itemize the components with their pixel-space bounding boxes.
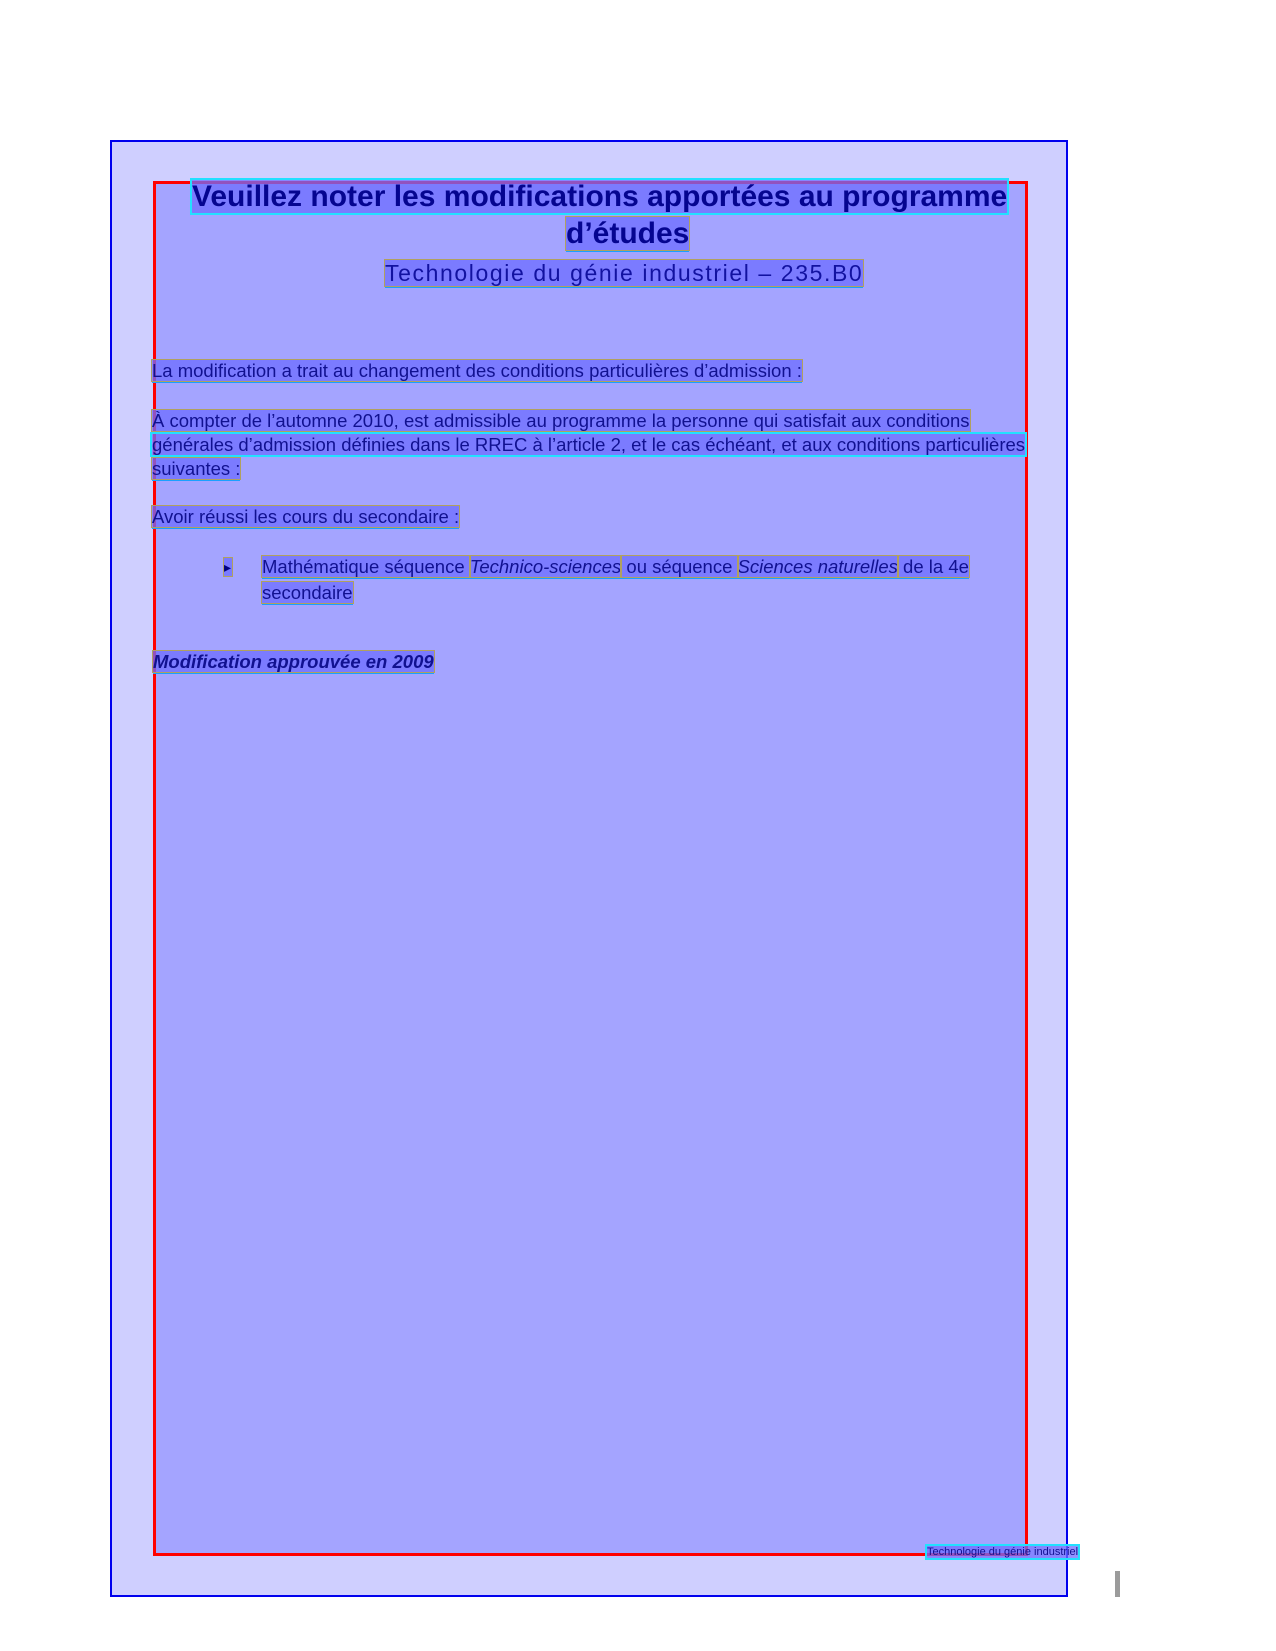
admission-paragraph-line-3: suivantes :: [152, 460, 240, 479]
list-item: Mathématique séquence Technico-sciences …: [262, 558, 969, 577]
approval-note: Modification approuvée en 2009: [153, 653, 434, 672]
prerequisite-intro-text: Avoir réussi les cours du secondaire :: [152, 506, 459, 527]
admission-paragraph-line-2: générales d’admission définies dans le R…: [152, 436, 1025, 455]
admission-text-1: À compter de l’automne 2010, est admissi…: [152, 410, 970, 431]
prerequisite-intro: Avoir réussi les cours du secondaire :: [152, 508, 459, 527]
intro-paragraph: La modification a trait au changement de…: [152, 362, 802, 381]
page-title-line-2: d’études: [566, 219, 689, 249]
list-item-text-prefix: Mathématique séquence: [262, 556, 470, 577]
list-item-text-suffix: de la 4e: [898, 556, 969, 577]
program-name: Technologie du génie industriel – 235.B0: [385, 260, 863, 286]
admission-paragraph-line-1: À compter de l’automne 2010, est admissi…: [152, 412, 970, 431]
list-item-text-middle: ou séquence: [621, 556, 737, 577]
page-title-text-2: d’études: [566, 217, 689, 250]
page-title-text: Veuillez noter les modifications apporté…: [192, 180, 1007, 213]
list-item-italic-technico-sciences: Technico-sciences: [470, 556, 622, 577]
page-number-marker: [1115, 1571, 1120, 1597]
page-footer: Technologie du génie industriel: [927, 1547, 1078, 1558]
footer-text: Technologie du génie industriel: [927, 1546, 1078, 1558]
admission-text-3: suivantes :: [152, 458, 240, 479]
list-item-continuation: secondaire: [262, 584, 353, 603]
list-item-continuation-text: secondaire: [262, 582, 353, 603]
page-subtitle: Technologie du génie industriel – 235.B0: [385, 262, 863, 285]
admission-text-2: générales d’admission définies dans le R…: [152, 434, 1025, 455]
list-item-italic-sciences-naturelles: Sciences naturelles: [738, 556, 898, 577]
bullet-icon: ▸: [224, 558, 232, 576]
page-region-text-area: [153, 181, 1028, 1556]
intro-text: La modification a trait au changement de…: [152, 360, 802, 381]
page-title-line-1: Veuillez noter les modifications apporté…: [192, 182, 1007, 212]
approval-note-text: Modification approuvée en 2009: [153, 651, 434, 672]
